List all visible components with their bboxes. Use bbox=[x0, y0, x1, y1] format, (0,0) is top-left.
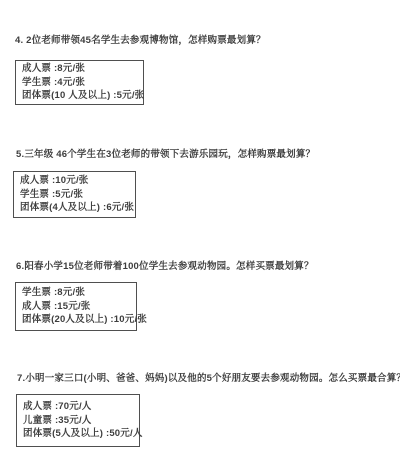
worksheet-page: 4. 2位老师带领45名学生去参观博物馆，怎样购票最划算？ 成人票 :8元/张 … bbox=[0, 0, 400, 466]
question-text-4: 4. 2位老师带领45名学生去参观博物馆，怎样购票最划算？ bbox=[15, 32, 266, 46]
price-box-7: 成人票 :70元/人 儿童票 :35元/人 团体票(5人及以上) :50元/人 bbox=[16, 394, 140, 447]
price-line-adult: 成人票 :8元/张 bbox=[22, 62, 143, 76]
question-text-7: 7.小明一家三口(小明、爸爸、妈妈)以及他的5个好朋友要去参观动物园。怎么买票最… bbox=[17, 370, 400, 384]
price-line-student: 学生票 :5元/张 bbox=[20, 188, 135, 202]
question-text-6: 6.阳春小学15位老师带着100位学生去参观动物园。怎样买票最划算？ bbox=[16, 258, 314, 272]
price-box-6: 学生票 :8元/张 成人票 :15元/张 团体票(20人及以上) :10元/张 bbox=[15, 282, 137, 331]
price-line-adult: 成人票 :15元/张 bbox=[22, 300, 136, 314]
price-line-group: 团体票(20人及以上) :10元/张 bbox=[22, 313, 136, 327]
price-line-child: 儿童票 :35元/人 bbox=[23, 414, 139, 428]
price-line-group: 团体票(4人及以上) :6元/张 bbox=[20, 201, 135, 215]
price-line-adult: 成人票 :10元/张 bbox=[20, 174, 135, 188]
price-line-group: 团体票(10 人及以上) :5元/张 bbox=[22, 89, 143, 103]
price-box-4: 成人票 :8元/张 学生票 :4元/张 团体票(10 人及以上) :5元/张 bbox=[15, 60, 144, 105]
question-text-5: 5.三年级 46个学生在3位老师的带领下去游乐园玩，怎样购票最划算？ bbox=[16, 146, 315, 160]
price-line-group: 团体票(5人及以上) :50元/人 bbox=[23, 427, 139, 441]
price-box-5: 成人票 :10元/张 学生票 :5元/张 团体票(4人及以上) :6元/张 bbox=[13, 171, 136, 218]
price-line-student: 学生票 :4元/张 bbox=[22, 76, 143, 90]
price-line-adult: 成人票 :70元/人 bbox=[23, 400, 139, 414]
price-line-student: 学生票 :8元/张 bbox=[22, 286, 136, 300]
